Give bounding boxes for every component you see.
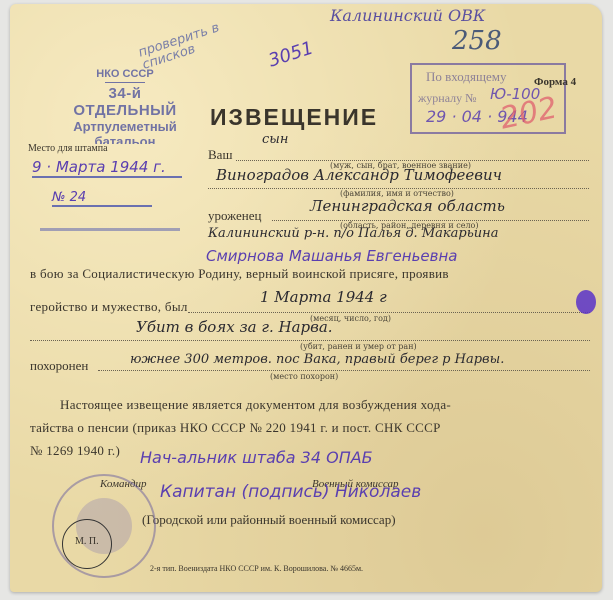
death-date: 1 Марта 1944 г	[260, 288, 387, 306]
pension-text-3: № 1269 1940 г.)	[30, 443, 120, 459]
heroism-text: геройство и мужество, был	[30, 299, 188, 315]
unit-stamp: НКО СССР 34-й ОТДЕЛЬНЫЙ Артпулеметный ба…	[60, 68, 190, 144]
ink-blot	[576, 290, 596, 314]
pension-text-1: Настоящее извещение является документом …	[60, 397, 451, 413]
stamp-underline	[40, 228, 180, 231]
buried-line	[98, 370, 590, 371]
stamp-line-1: НКО СССР	[60, 68, 190, 80]
native-label: уроженец	[208, 208, 261, 224]
name-value: Виноградов Александр Тимофеевич	[216, 166, 502, 184]
printer-line: 2-я тип. Воениздата НКО СССР им. К. Воро…	[150, 564, 363, 573]
stamp-date: 9 · Марта 1944 г.	[32, 158, 182, 178]
burial-place: южнее 300 метров. пос Вака, правый берег…	[130, 352, 504, 367]
form-number: Форма 4	[534, 76, 576, 88]
fate-value: Убит в боях за г. Нарва.	[136, 318, 333, 336]
native-value-2: Калининский р-н. п/о Палья д. Макарьина	[208, 226, 498, 241]
pension-text-2: тайства о пенсии (приказ НКО СССР № 220 …	[30, 420, 441, 436]
stamp-number: № 24	[52, 190, 152, 207]
mp-circle: М. П.	[62, 519, 112, 569]
buried-hint: (место похорон)	[270, 372, 338, 381]
stamp-place-label: Место для штампа	[28, 143, 108, 154]
notification-document: проверить в списков 3051 Калининский ОВК…	[10, 4, 602, 592]
mp-label: М. П.	[75, 536, 99, 547]
incoming-journal-label: журналу №	[418, 91, 477, 106]
incoming-line-1: По входящему	[426, 69, 507, 85]
relation-value: сын	[262, 132, 288, 147]
fate-hint: (убит, ранен и умер от ран)	[300, 342, 417, 351]
pencil-note: проверить в списков	[137, 10, 259, 72]
page-title: ИЗВЕЩЕНИЕ	[210, 104, 378, 131]
recipient-name: Смирнова Машанья Евгеньевна	[206, 247, 457, 265]
date-line	[188, 312, 590, 313]
top-number: 258	[452, 26, 502, 56]
registration-number: 3051	[266, 37, 316, 71]
top-note: Калининский ОВК	[330, 6, 485, 25]
vash-label: Ваш	[208, 147, 232, 163]
signature: Капитан (подпись) Николаев	[160, 482, 421, 502]
battle-text: в бою за Социалистическую Родину, верный…	[30, 266, 449, 282]
signature-title: Нач-альник штаба 34 ОПАБ	[140, 448, 373, 467]
native-value: Ленинградская область	[310, 197, 505, 215]
commissar-hint: (Городской или районный военный комиссар…	[142, 512, 396, 528]
buried-label: похоронен	[30, 358, 88, 374]
stamp-line-3: Артпулеметный	[60, 119, 190, 134]
stamp-line-2: 34-й ОТДЕЛЬНЫЙ	[60, 85, 190, 119]
fate-line	[30, 340, 590, 341]
